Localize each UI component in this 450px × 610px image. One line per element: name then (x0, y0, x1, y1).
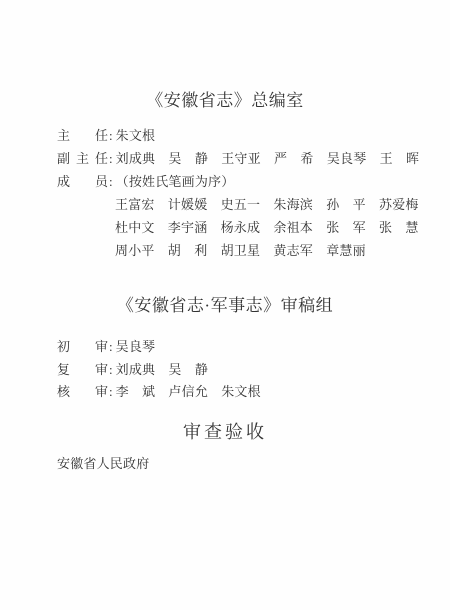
acceptance-authority-line: 安徽省人民政府 (57, 456, 149, 471)
staff-row-members-line-3: 周小平 胡 利 胡卫星 黄志军 章慧丽 (115, 243, 366, 258)
colon-separator: : (109, 174, 113, 189)
staff-row-director: 主任 : 朱文根 (57, 128, 155, 143)
document-page: 《安徽省志》总编室 主任 : 朱文根 副主任 : 刘成典 吴 静 王守亚 严 希… (0, 0, 450, 610)
colon-separator: : (109, 128, 113, 143)
person-names-members-3: 周小平 胡 利 胡卫星 黄志军 章慧丽 (115, 243, 366, 258)
review-row-second-review: 复审 : 刘成典 吴 静 (57, 362, 208, 377)
section-title-general-editorial-office: 《安徽省志》总编室 (0, 86, 450, 111)
colon-separator: : (109, 384, 113, 399)
colon-separator: : (109, 339, 113, 354)
person-names-deputy-directors: 刘成典 吴 静 王守亚 严 希 吴良琴 王 晖 (116, 151, 420, 166)
review-row-first-review: 初审 : 吴良琴 (57, 339, 155, 354)
staff-row-members-line-2: 杜中文 李宇涵 杨永成 余祖本 张 军 张 慧 (115, 220, 419, 235)
role-label-final-review: 核审 (57, 384, 108, 399)
staff-row-deputy-directors: 副主任 : 刘成典 吴 静 王守亚 严 希 吴良琴 王 晖 (57, 151, 419, 166)
person-names-director: 朱文根 (116, 128, 156, 143)
section-title-review-group: 《安徽省志·军事志》审稿组 (0, 291, 450, 316)
person-names-second-review: 刘成典 吴 静 (116, 362, 208, 377)
person-names-members-1: 王富宏 计媛媛 史五一 朱海滨 孙 平 苏爱梅 (115, 197, 419, 212)
role-label-first-review: 初审 (57, 339, 108, 354)
section-title-inspection-acceptance: 审查验收 (0, 418, 450, 444)
colon-separator: : (109, 362, 113, 377)
review-row-final-review: 核审 : 李 斌 卢信允 朱文根 (57, 384, 261, 399)
role-label-second-review: 复审 (57, 362, 108, 377)
person-names-members-2: 杜中文 李宇涵 杨永成 余祖本 张 军 张 慧 (115, 220, 419, 235)
acceptance-authority-name: 安徽省人民政府 (57, 456, 149, 471)
members-sort-note: （按姓氏笔画为序） (116, 174, 235, 189)
person-names-final-review: 李 斌 卢信允 朱文根 (116, 384, 261, 399)
role-label-members: 成员 (57, 174, 108, 189)
role-label-deputy-directors: 副主任 (57, 151, 108, 166)
person-names-first-review: 吴良琴 (116, 339, 156, 354)
staff-row-members-line-1: 王富宏 计媛媛 史五一 朱海滨 孙 平 苏爱梅 (115, 197, 419, 212)
colon-separator: : (109, 151, 113, 166)
staff-row-members: 成员 : （按姓氏笔画为序） (57, 174, 234, 189)
role-label-director: 主任 (57, 128, 108, 143)
